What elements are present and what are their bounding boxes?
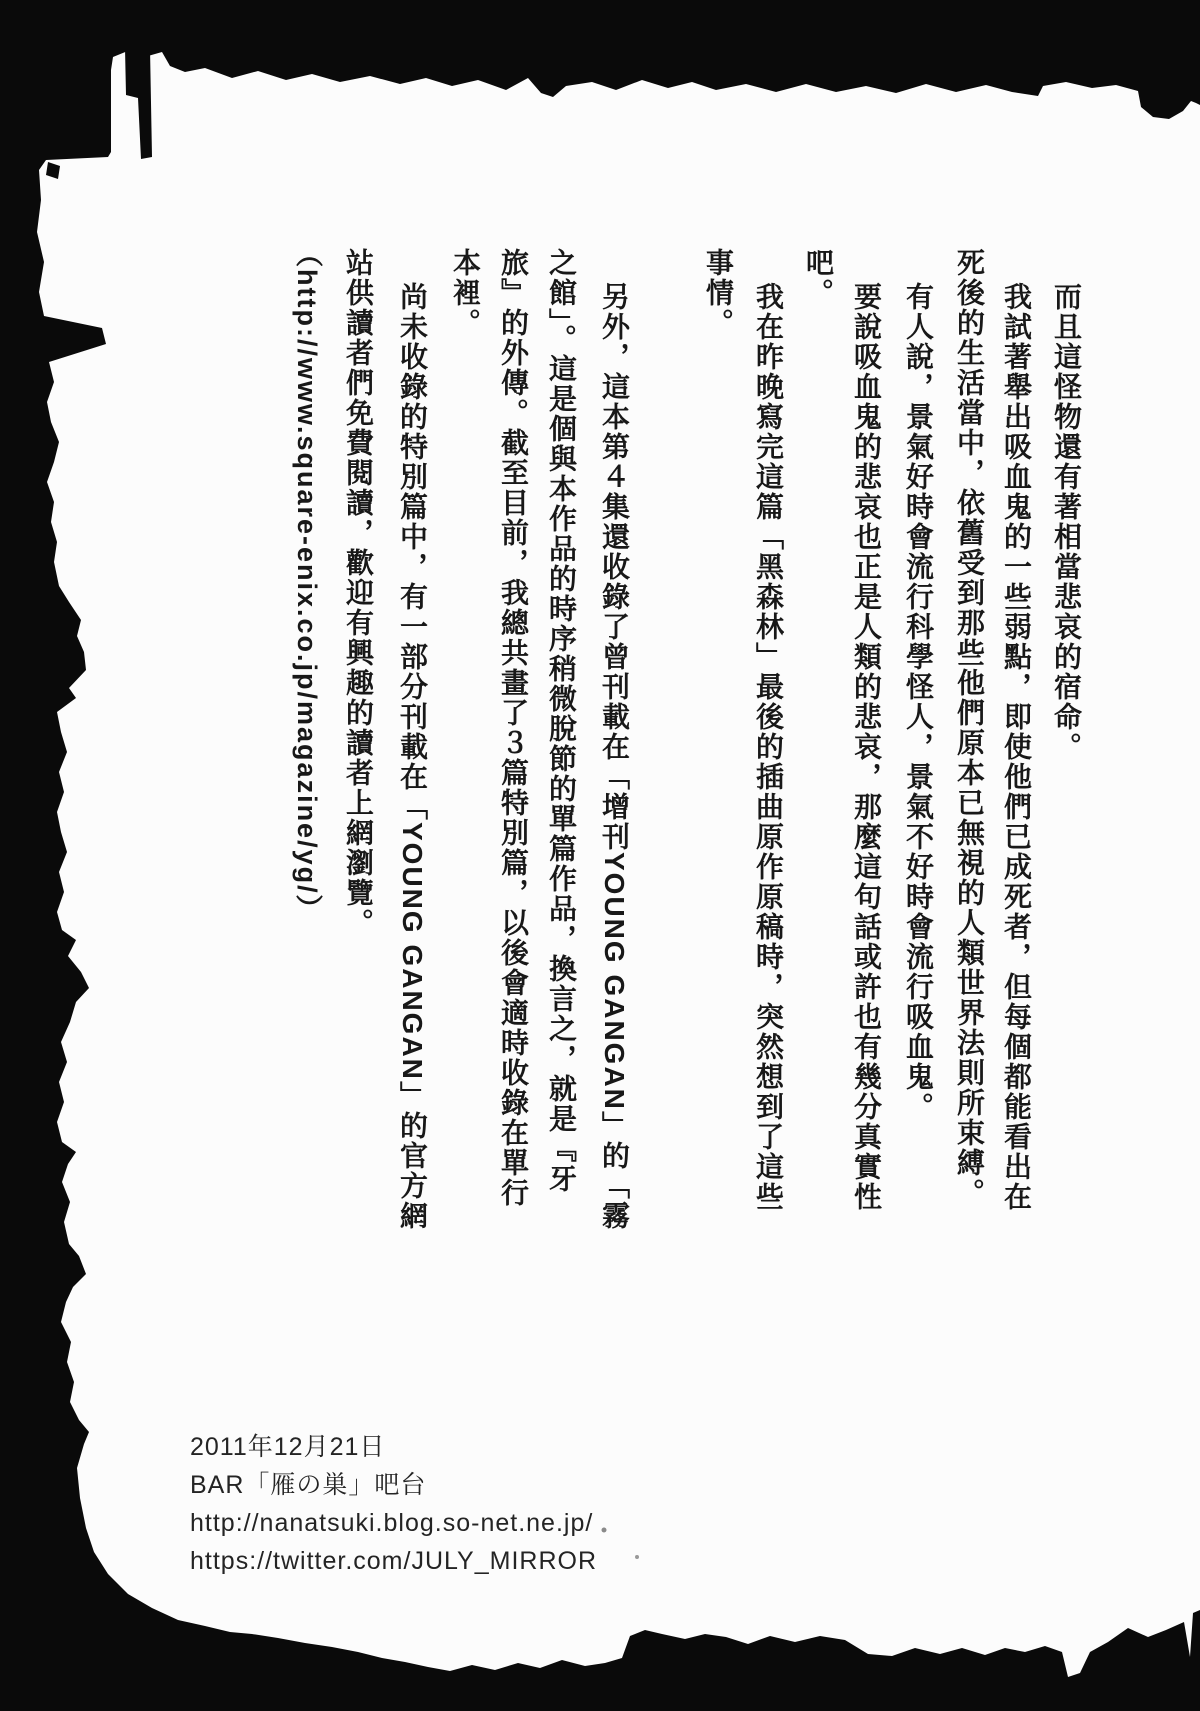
afterword-column-11: 旅』的外傳。截至目前，我總共畫了３篇特別篇，以後會適時收錄在單行 [498,248,528,1208]
scanned-afterword-page: 而且這怪物還有著相當悲哀的宿命。 我試著舉出吸血鬼的一些弱點，即使他們已成死者，… [0,0,1200,1711]
afterword-column-14: 站供讀者們免費閱讀，歡迎有興趣的讀者上網瀏覽。 [343,248,373,938]
afterword-column-9: 另外，這本第４集還收錄了曾刊載在「增刊YOUNG GANGAN」的「霧 [599,282,629,1231]
afterword-column-8: 事情。 [703,248,733,338]
afterword-column-4: 有人說，景氣好時會流行科學怪人，景氣不好時會流行吸血鬼。 [903,282,933,1122]
colophon-twitter-url: https://twitter.com/JULY_MIRROR [190,1542,597,1580]
afterword-column-5: 要說吸血鬼的悲哀也正是人類的悲哀，那麼這句話或許也有幾分真實性 [851,282,881,1212]
colophon-blog-url: http://nanatsuki.blog.so-net.ne.jp/ [190,1504,597,1542]
afterword-column-2: 我試著舉出吸血鬼的一些弱點，即使他們已成死者，但每個都能看出在 [1001,282,1031,1212]
afterword-column-10: 之館」。這是個與本作品的時序稍微脫節的單篇作品，換言之，就是『牙 [546,248,576,1194]
colophon-signature: BAR「雁の巣」吧台 [190,1466,597,1504]
afterword-column-15: （http://www.square-enix.co.jp/magazine/y… [292,240,322,924]
afterword-column-12: 本裡。 [450,248,480,338]
colophon: 2011年12月21日 BAR「雁の巣」吧台 http://nanatsuki.… [190,1428,597,1580]
afterword-column-7: 我在昨晚寫完這篇「黑森林」最後的插曲原作原稿時，突然想到了這些 [753,282,783,1212]
afterword-column-13: 尚未收錄的特別篇中，有一部分刊載在「YOUNG GANGAN」的官方網 [397,282,427,1231]
colophon-date: 2011年12月21日 [190,1428,597,1466]
afterword-column-6: 吧。 [803,248,833,308]
scan-speckle [635,1555,639,1559]
scan-speckle [602,1528,607,1533]
afterword-column-3: 死後的生活當中，依舊受到那些他們原本已無視的人類世界法則所束縛。 [954,248,984,1208]
afterword-column-1: 而且這怪物還有著相當悲哀的宿命。 [1051,282,1081,762]
